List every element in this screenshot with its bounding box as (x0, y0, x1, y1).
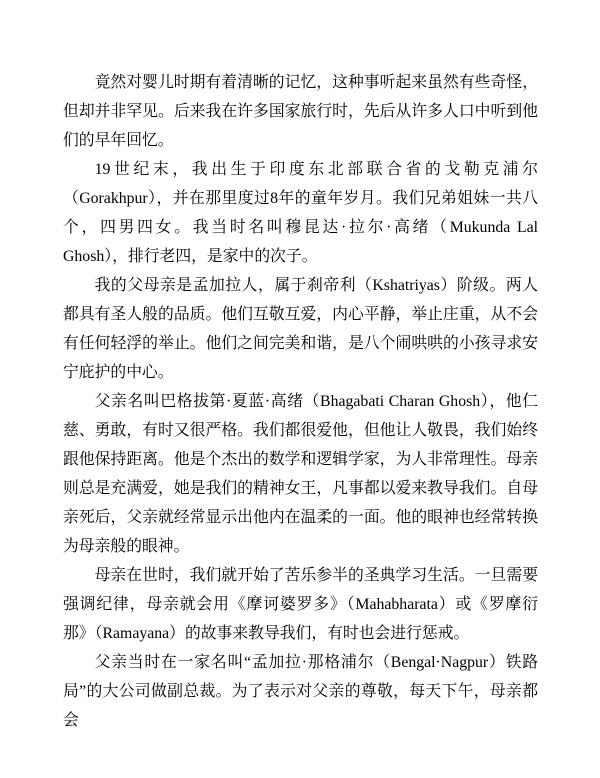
paragraph-birth-gorakhpur: 19世纪末，我出生于印度东北部联合省的戈勒克浦尔（Gorakhpur），并在那里… (63, 155, 538, 271)
document-page: 竟然对婴儿时期有着清晰的记忆，这种事听起来虽然有些奇怪，但却并非罕见。后来我在许… (0, 0, 600, 778)
paragraph-parents-kshatriyas: 我的父母亲是孟加拉人，属于刹帝利（Kshatriyas）阶级。两人都具有圣人般的… (63, 271, 538, 387)
paragraph-scripture-study: 母亲在世时，我们就开始了苦乐参半的圣典学习生活。一旦需要强调纪律，母亲就会用《摩… (63, 561, 538, 648)
paragraph-father-railway: 父亲当时在一家名叫“孟加拉·那格浦尔（Bengal·Nagpur）铁路局”的大公… (63, 648, 538, 735)
paragraph-father-bhagabati: 父亲名叫巴格拔第·夏蓝·高绪（Bhagabati Charan Ghosh），他… (63, 387, 538, 561)
paragraph-early-memories: 竟然对婴儿时期有着清晰的记忆，这种事听起来虽然有些奇怪，但却并非罕见。后来我在许… (63, 68, 538, 155)
